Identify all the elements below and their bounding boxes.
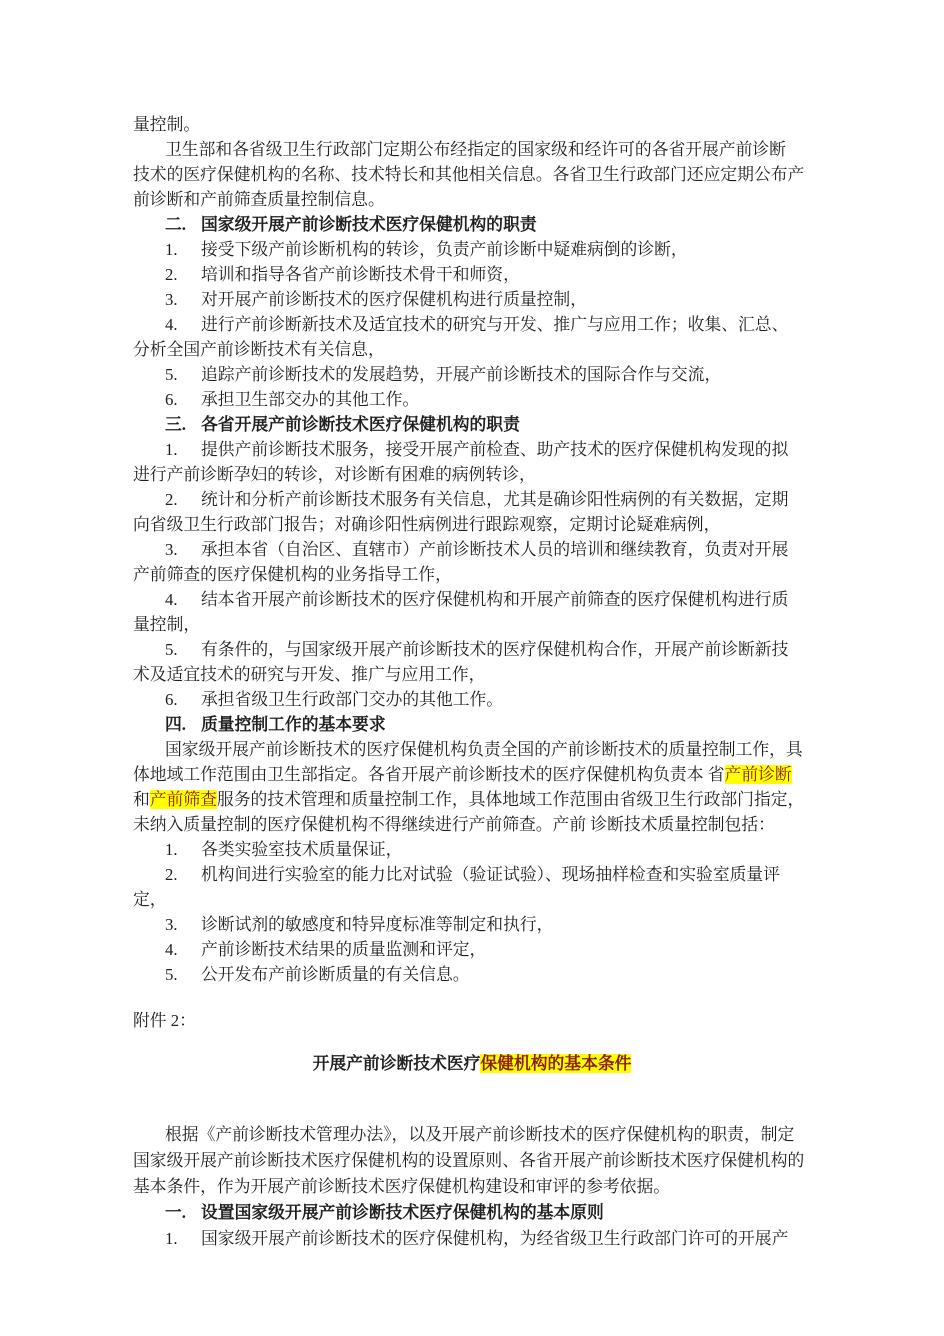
list-number: 三. (165, 412, 201, 437)
document-page: 量控制。卫生部和各省级卫生行政部门定期公布经指定的国家级和经许可的各省开展产前诊… (0, 0, 944, 1336)
list-number: 4. (165, 312, 201, 337)
text-segment: 术及适宜技术的研究与开发、推广与应用工作， (133, 665, 485, 684)
text-line: 3.诊断试剂的敏感度和特异度标准等制定和执行， (133, 912, 804, 937)
text-segment: 质量控制工作的基本要求 (201, 715, 386, 734)
text-line: 6.承担卫生部交办的其他工作。 (133, 387, 804, 412)
text-segment: 开展产前诊断技术医疗 (313, 1054, 481, 1073)
text-segment: 各省开展产前诊断技术医疗保健机构的职责 (201, 415, 520, 434)
text-line: 进行产前诊断孕妇的转诊，对诊断有困难的病例转诊， (133, 462, 804, 487)
text-segment: 量控制， (133, 615, 200, 634)
text-line: 2.统计和分析产前诊断技术服务有关信息，尤其是确诊阳性病例的有关数据，定期 (133, 487, 804, 512)
text-line: 3.对开展产前诊断技术的医疗保健机构进行质量控制， (133, 287, 804, 312)
text-segment: 各类实验室技术质量保证， (201, 840, 402, 859)
list-number: 5. (165, 362, 201, 387)
text-segment: 服务的技术管理和质量控制工作，具体地域工作范围由省级卫生行政部门指定， (217, 790, 804, 809)
list-number: 1. (165, 1226, 201, 1252)
text-segment: 诊断试剂的敏感度和特异度标准等制定和执行， (201, 915, 553, 934)
list-number: 4. (165, 937, 201, 962)
text-line: 前诊断和产前筛查质量控制信息。 (133, 187, 804, 212)
text-line: 4.结本省开展产前诊断技术的医疗保健机构和开展产前筛查的医疗保健机构进行质 (133, 587, 804, 612)
text-segment: 卫生部和各省级卫生行政部门定期公布经指定的国家级和经许可的各省开展产前诊断 (165, 140, 786, 159)
text-line: 向省级卫生行政部门报告；对确诊阳性病例进行跟踪观察，定期讨论疑难病例， (133, 512, 804, 537)
list-number: 5. (165, 637, 201, 662)
list-number: 2. (165, 862, 201, 887)
list-number: 3. (165, 287, 201, 312)
text-line: 5.公开发布产前诊断质量的有关信息。 (133, 962, 804, 987)
text-line: 4.产前诊断技术结果的质量监测和评定， (133, 937, 804, 962)
document-body: 量控制。卫生部和各省级卫生行政部门定期公布经指定的国家级和经许可的各省开展产前诊… (133, 112, 804, 987)
section-heading: 三.各省开展产前诊断技术医疗保健机构的职责 (133, 412, 804, 437)
highlighted-text: 产前筛查 (150, 790, 217, 809)
text-line: 6.承担省级卫生行政部门交办的其他工作。 (133, 687, 804, 712)
list-number: 5. (165, 962, 201, 987)
text-segment: 未纳入质量控制的医疗保健机构不得继续进行产前筛查。产前 诊断技术质量控制包括： (133, 815, 775, 834)
text-segment: 产前筛查的医疗保健机构的业务指导工作， (133, 565, 452, 584)
list-number: 3. (165, 537, 201, 562)
text-line: 3.承担本省（自治区、直辖市）产前诊断技术人员的培训和继续教育，负责对开展 (133, 537, 804, 562)
list-number: 一. (165, 1200, 201, 1226)
list-number: 二. (165, 212, 201, 237)
document-intro: 根据《产前诊断技术管理办法》，以及开展产前诊断技术的医疗保健机构的职责，制定国家… (133, 1122, 804, 1252)
text-segment: 国家级开展产前诊断技术的医疗保健机构，为经省级卫生行政部门许可的开展产 (201, 1229, 788, 1248)
text-line: 和产前筛查服务的技术管理和质量控制工作，具体地域工作范围由省级卫生行政部门指定， (133, 787, 804, 812)
text-segment: 对开展产前诊断技术的医疗保健机构进行质量控制， (201, 290, 587, 309)
text-line: 5.有条件的，与国家级开展产前诊断技术的医疗保健机构合作，开展产前诊断新技 (133, 637, 804, 662)
text-line: 5.追踪产前诊断技术的发展趋势，开展产前诊断技术的国际合作与交流， (133, 362, 804, 387)
text-line: 技术的医疗保健机构的名称、技术特长和其他相关信息。各省卫生行政部门还应定期公布产 (133, 162, 804, 187)
highlighted-text: 保健机构的基本条件 (480, 1054, 631, 1073)
text-segment: 国家级开展产前诊断技术医疗保健机构的设置原则、各省开展产前诊断技术医疗保健机构的 (133, 1151, 804, 1170)
list-number: 四. (165, 712, 201, 737)
text-line: 2.培训和指导各省产前诊断技术骨干和师资， (133, 262, 804, 287)
text-line: 1.各类实验室技术质量保证， (133, 837, 804, 862)
text-line: 产前筛查的医疗保健机构的业务指导工作， (133, 562, 804, 587)
list-number: 4. (165, 587, 201, 612)
text-segment: 追踪产前诊断技术的发展趋势，开展产前诊断技术的国际合作与交流， (201, 365, 721, 384)
section-heading: 一.设置国家级开展产前诊断技术医疗保健机构的基本原则 (133, 1200, 804, 1226)
list-number: 1. (165, 237, 201, 262)
text-segment: 分析全国产前诊断技术有关信息， (133, 340, 385, 359)
text-segment: 承担本省（自治区、直辖市）产前诊断技术人员的培训和继续教育，负责对开展 (201, 540, 788, 559)
text-segment: 体地域工作范围由卫生部指定。各省开展产前诊断技术的医疗保健机构负责本 省 (133, 765, 725, 784)
list-number: 6. (165, 687, 201, 712)
text-segment: 进行产前诊断新技术及适宜技术的研究与开发、推广与应用工作；收集、汇总、 (201, 315, 788, 334)
text-segment: 国家级开展产前诊断技术医疗保健机构的职责 (201, 215, 537, 234)
text-line: 量控制， (133, 612, 804, 637)
document-title: 开展产前诊断技术医疗保健机构的基本条件 (0, 1051, 944, 1076)
text-segment: 和 (133, 790, 150, 809)
text-line: 分析全国产前诊断技术有关信息， (133, 337, 804, 362)
highlighted-text: 产前诊断 (725, 765, 792, 784)
section-heading: 四.质量控制工作的基本要求 (133, 712, 804, 737)
list-number: 2. (165, 487, 201, 512)
list-number: 1. (165, 837, 201, 862)
text-segment: 公开发布产前诊断质量的有关信息。 (201, 965, 470, 984)
text-segment: 设置国家级开展产前诊断技术医疗保健机构的基本原则 (201, 1203, 604, 1222)
text-line: 根据《产前诊断技术管理办法》，以及开展产前诊断技术的医疗保健机构的职责，制定 (133, 1122, 804, 1148)
text-segment: 国家级开展产前诊断技术的医疗保健机构负责全国的产前诊断技术的质量控制工作，具 (165, 740, 803, 759)
text-line: 2.机构间进行实验室的能力比对试验（验证试验）、现场抽样检查和实验室质量评 (133, 862, 804, 887)
text-line: 术及适宜技术的研究与开发、推广与应用工作， (133, 662, 804, 687)
title-line: 开展产前诊断技术医疗保健机构的基本条件 (0, 1051, 944, 1076)
text-segment: 量控制。 (133, 115, 200, 134)
text-segment: 承担卫生部交办的其他工作。 (201, 390, 419, 409)
text-line: 体地域工作范围由卫生部指定。各省开展产前诊断技术的医疗保健机构负责本 省产前诊断 (133, 762, 804, 787)
text-segment: 向省级卫生行政部门报告；对确诊阳性病例进行跟踪观察，定期讨论疑难病例， (133, 515, 720, 534)
text-segment: 基本条件，作为开展产前诊断技术医疗保健机构建设和审评的参考依据。 (133, 1177, 670, 1196)
text-segment: 定， (133, 890, 167, 909)
text-line: 4.进行产前诊断新技术及适宜技术的研究与开发、推广与应用工作；收集、汇总、 (133, 312, 804, 337)
text-line: 未纳入质量控制的医疗保健机构不得继续进行产前筛查。产前 诊断技术质量控制包括： (133, 812, 804, 837)
text-line: 量控制。 (133, 112, 804, 137)
list-number: 1. (165, 437, 201, 462)
text-line: 国家级开展产前诊断技术的医疗保健机构负责全国的产前诊断技术的质量控制工作，具 (133, 737, 804, 762)
text-segment: 有条件的，与国家级开展产前诊断技术的医疗保健机构合作，开展产前诊断新技 (201, 640, 788, 659)
text-segment: 提供产前诊断技术服务，接受开展产前检查、助产技术的医疗保健机构发现的拟 (201, 440, 788, 459)
text-segment: 技术的医疗保健机构的名称、技术特长和其他相关信息。各省卫生行政部门还应定期公布产 (133, 165, 804, 184)
text-segment: 承担省级卫生行政部门交办的其他工作。 (201, 690, 503, 709)
list-number: 3. (165, 912, 201, 937)
text-segment: 统计和分析产前诊断技术服务有关信息，尤其是确诊阳性病例的有关数据，定期 (201, 490, 788, 509)
text-segment: 结本省开展产前诊断技术的医疗保健机构和开展产前筛查的医疗保健机构进行质 (201, 590, 788, 609)
list-number: 6. (165, 387, 201, 412)
text-line: 定， (133, 887, 804, 912)
text-line: 国家级开展产前诊断技术医疗保健机构的设置原则、各省开展产前诊断技术医疗保健机构的 (133, 1148, 804, 1174)
text-segment: 根据《产前诊断技术管理办法》，以及开展产前诊断技术的医疗保健机构的职责，制定 (165, 1125, 794, 1144)
text-line: 1.提供产前诊断技术服务，接受开展产前检查、助产技术的医疗保健机构发现的拟 (133, 437, 804, 462)
text-segment: 产前诊断技术结果的质量监测和评定， (201, 940, 486, 959)
section-heading: 二.国家级开展产前诊断技术医疗保健机构的职责 (133, 212, 804, 237)
text-segment: 接受下级产前诊断机构的转诊，负责产前诊断中疑难病倒的诊断， (201, 240, 688, 259)
text-segment: 前诊断和产前筛查质量控制信息。 (133, 190, 385, 209)
text-segment: 机构间进行实验室的能力比对试验（验证试验）、现场抽样检查和实验室质量评 (201, 865, 780, 884)
text-segment: 培训和指导各省产前诊断技术骨干和师资， (201, 265, 520, 284)
text-line: 1.接受下级产前诊断机构的转诊，负责产前诊断中疑难病倒的诊断， (133, 237, 804, 262)
list-number: 2. (165, 262, 201, 287)
text-line: 卫生部和各省级卫生行政部门定期公布经指定的国家级和经许可的各省开展产前诊断 (133, 137, 804, 162)
text-line: 基本条件，作为开展产前诊断技术医疗保健机构建设和审评的参考依据。 (133, 1174, 804, 1200)
text-segment: 进行产前诊断孕妇的转诊，对诊断有困难的病例转诊， (133, 465, 536, 484)
text-line: 1.国家级开展产前诊断技术的医疗保健机构，为经省级卫生行政部门许可的开展产 (133, 1226, 804, 1252)
attachment-label: 附件 2： (133, 1008, 196, 1033)
